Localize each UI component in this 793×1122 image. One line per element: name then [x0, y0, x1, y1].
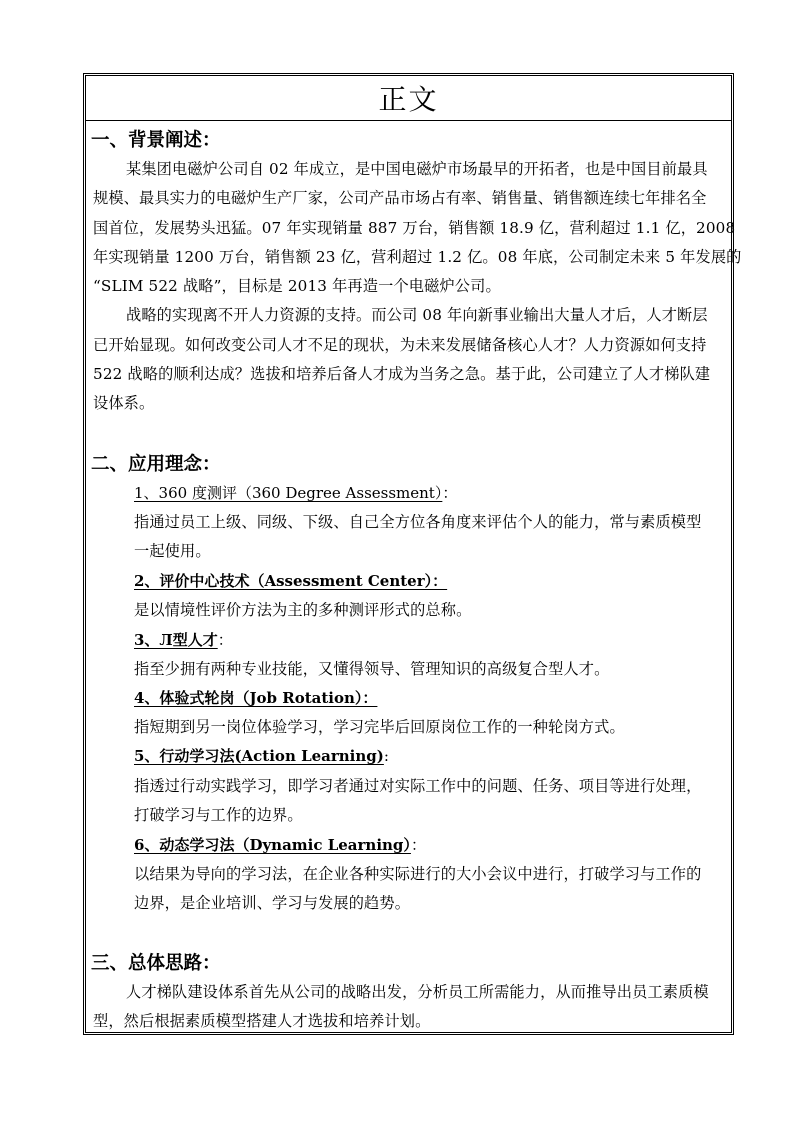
- paragraph-line: 某集团电磁炉公司自 02 年成立，是中国电磁炉市场最早的开拓者，也是中国目前最具: [126, 159, 708, 179]
- concept-description-line: 指短期到另一岗位体验学习，学习完毕后回原岗位工作的一种轮岗方式。: [134, 717, 625, 737]
- concept-description-line: 指透过行动实践学习，即学习者通过对实际工作中的问题、任务、项目等进行处理，: [134, 776, 702, 796]
- paragraph-line: 设体系。: [93, 393, 154, 413]
- concept-label-suffix: ：: [411, 836, 426, 854]
- concept-label-dynamic-learning: 6、动态学习法（Dynamic Learning）：: [134, 835, 426, 855]
- concept-label-text: 1、360 度测评（360 Degree Assessment）: [134, 484, 442, 502]
- concept-label-pi-talent: 3、Л型人才：: [134, 630, 233, 650]
- concept-label-text: 4、体验式轮岗（Job Rotation）：: [134, 689, 377, 707]
- paragraph-line: 人才梯队建设体系首先从公司的战略出发，分析员工所需能力，从而推导出员工素质模: [126, 982, 709, 1002]
- concept-description-line: 打破学习与工作的边界。: [134, 805, 303, 825]
- concept-label-action-learning: 5、行动学习法(Action Learning):: [134, 746, 389, 766]
- section-heading-background: 一、背景阐述：: [91, 129, 221, 153]
- concept-description-line: 以结果为导向的学习法，在企业各种实际进行的大小会议中进行，打破学习与工作的: [134, 864, 702, 884]
- concept-label-assessment-center: 2、评价中心技术（Assessment Center）：: [134, 571, 447, 591]
- document-title: 正文: [86, 76, 731, 121]
- concept-description-line: 是以情境性评价方法为主的多种测评形式的总称。: [134, 600, 471, 620]
- paragraph-line: 522 战略的顺利达成？选拔和培养后备人才成为当务之急。基于此，公司建立了人才梯…: [93, 364, 710, 384]
- concept-label-text: 3、Л型人才: [134, 631, 218, 649]
- concept-label-job-rotation: 4、体验式轮岗（Job Rotation）：: [134, 688, 377, 708]
- concept-description-line: 指通过员工上级、同级、下级、自己全方位各角度来评估个人的能力，常与素质模型: [134, 512, 702, 532]
- paragraph-line: 年实现销量 1200 万台，销售额 23 亿，营利超过 1.2 亿。08 年底，…: [93, 247, 742, 267]
- section-heading-approach: 三、总体思路：: [91, 952, 221, 976]
- concept-label-360: 1、360 度测评（360 Degree Assessment）：: [134, 483, 457, 503]
- concept-label-text: 2、评价中心技术（Assessment Center）：: [134, 572, 447, 590]
- paragraph-line: 国首位，发展势头迅猛。07 年实现销量 887 万台，销售额 18.9 亿，营利…: [93, 218, 735, 238]
- concept-label-suffix: :: [384, 747, 389, 765]
- concept-label-text: 5、行动学习法(Action Learning): [134, 747, 384, 765]
- paragraph-line: 已开始显现。如何改变公司人才不足的现状，为未来发展储备核心人才？人力资源如何支持: [93, 335, 707, 355]
- concept-label-text: 6、动态学习法（Dynamic Learning）: [134, 836, 411, 854]
- concept-label-suffix: ：: [218, 631, 233, 649]
- paragraph-line: 战略的实现离不开人力资源的支持。而公司 08 年向新事业输出大量人才后，人才断层: [126, 305, 708, 325]
- paragraph-line: “SLIM 522 战略”，目标是 2013 年再造一个电磁炉公司。: [93, 276, 501, 296]
- concept-label-suffix: ：: [442, 484, 457, 502]
- paragraph-line: 规模、最具实力的电磁炉生产厂家，公司产品市场占有率、销售量、销售额连续七年排名全: [93, 188, 707, 208]
- concept-description-line: 一起使用。: [134, 541, 211, 561]
- section-heading-concepts: 二、应用理念：: [91, 453, 221, 477]
- paragraph-line: 型，然后根据素质模型搭建人才选拔和培养计划。: [93, 1011, 430, 1031]
- concept-description-line: 指至少拥有两种专业技能，又懂得领导、管理知识的高级复合型人才。: [134, 659, 609, 679]
- concept-description-line: 边界，是企业培训、学习与发展的趋势。: [134, 893, 410, 913]
- document-frame: 正文 一、背景阐述： 某集团电磁炉公司自 02 年成立，是中国电磁炉市场最早的开…: [83, 73, 734, 1035]
